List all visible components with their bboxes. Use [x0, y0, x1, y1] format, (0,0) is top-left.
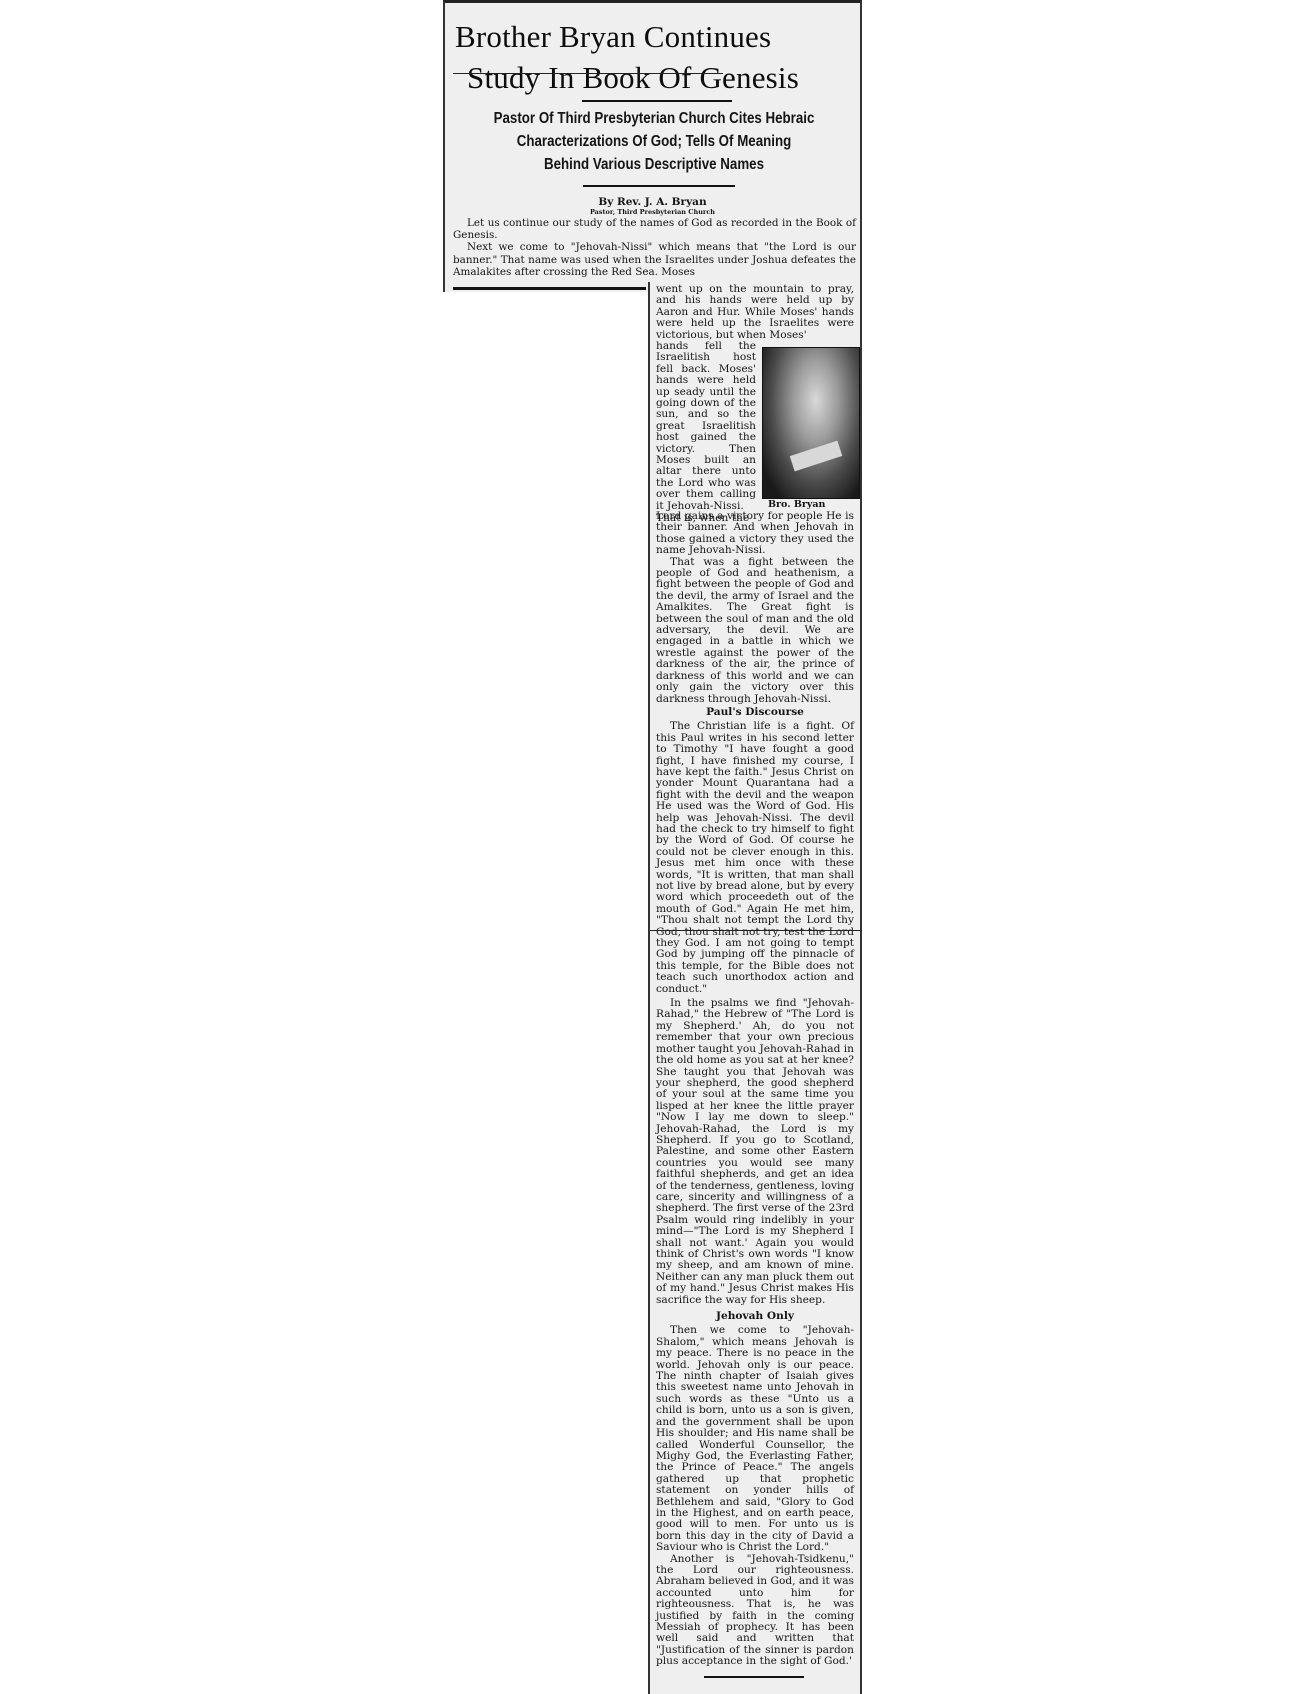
paragraph-tsidkenu: Another is "Jehovah-Tsidkenu," the Lord …: [656, 1554, 854, 1668]
subhead-jehovah-only: Jehovah Only: [656, 1311, 854, 1322]
article-header-box: Brother Bryan Continues Study In Book Of…: [443, 0, 862, 292]
intro-paragraph: Next we come to "Jehovah-Nissi" which me…: [453, 241, 856, 278]
paragraph-fight: That was a fight between the people of G…: [656, 557, 854, 705]
column-narrow-lines: hands fell the Israelitish host fell bac…: [656, 341, 756, 512]
headline-line-2: Study In Book Of Genesis: [467, 60, 867, 96]
paragraph-paul: The Christian life is a fight. Of this P…: [656, 721, 854, 995]
deck-line-1: Pastor Of Third Presbyterian Church Cite…: [481, 107, 827, 130]
deck-rule: [583, 185, 735, 187]
headline-line-1: Brother Bryan Continues: [455, 19, 855, 55]
byline-title: Pastor, Third Presbyterian Church: [445, 208, 860, 216]
paragraph-after-photo: Lord gains a victory for people He is th…: [656, 511, 854, 557]
headline-rule: [582, 100, 732, 102]
fold-crease: [453, 73, 723, 74]
intro-paragraph: Let us continue our study of the names o…: [453, 217, 856, 241]
photo-caption: Bro. Bryan: [768, 499, 858, 510]
portrait-photo: [762, 347, 860, 499]
byline: By Rev. J. A. Bryan: [445, 196, 860, 208]
column-text-top: went up on the mountain to pray, and his…: [656, 284, 854, 341]
fold-crease: [650, 930, 862, 931]
section-rule: [453, 287, 646, 290]
intro-text: Let us continue our study of the names o…: [453, 217, 856, 278]
photo-collar-shape: [790, 441, 842, 472]
end-rule: [704, 1676, 804, 1678]
subhead-pauls-discourse: Paul's Discourse: [656, 707, 854, 718]
column-text-wrap: hands fell the Israelitish host fell bac…: [656, 341, 756, 525]
column-wide-lines: went up on the mountain to pray, and his…: [656, 284, 854, 341]
deck-line-2: Characterizations Of God; Tells Of Meani…: [481, 130, 827, 153]
paragraph-psalms: In the psalms we find "Jehovah-Rahad," t…: [656, 998, 854, 1306]
column-text-main: Lord gains a victory for people He is th…: [656, 511, 854, 1678]
deck-line-3: Behind Various Descriptive Names: [481, 153, 827, 176]
paragraph-shalom: Then we come to "Jehovah-Shalom," which …: [656, 1325, 854, 1553]
